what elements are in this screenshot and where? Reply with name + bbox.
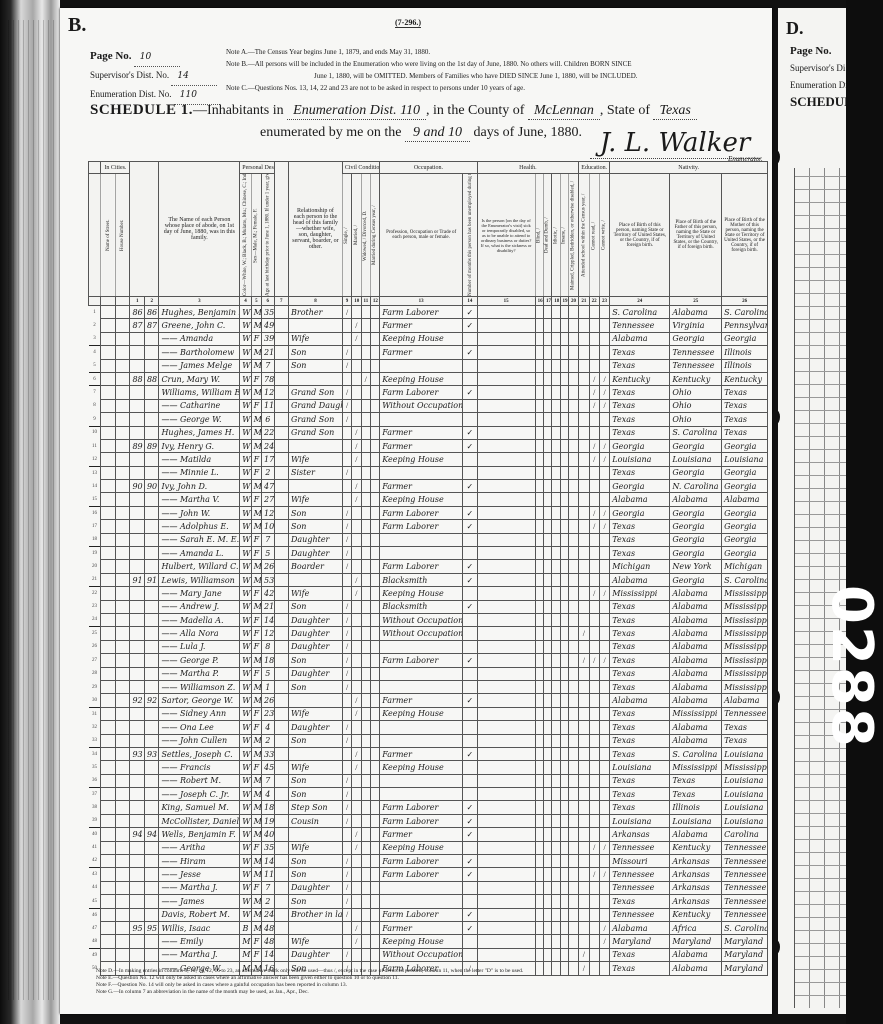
cell-empty	[370, 908, 379, 921]
census-page-right: D. Page No. Supervisor's Di Enumeration …	[778, 8, 848, 1014]
cell-empty	[543, 372, 551, 385]
cell-fb: Kentucky	[670, 908, 722, 921]
cell-empty	[535, 573, 543, 586]
cell-empty	[543, 319, 551, 332]
cell-name: —— Martha V.	[159, 493, 240, 506]
cell-sex: F	[251, 613, 261, 626]
cell-empty	[560, 332, 568, 345]
cell-empty	[115, 506, 130, 519]
cell-empty	[535, 426, 543, 439]
cell-empty	[560, 587, 568, 600]
cell-dw	[130, 841, 145, 854]
cell-color: W	[240, 399, 251, 412]
cell-empty	[477, 306, 535, 319]
cell-bp: Alabama	[610, 332, 670, 345]
cell-occ: Keeping House	[380, 453, 463, 466]
cell-sex: M	[251, 319, 261, 332]
cell-empty	[568, 480, 578, 493]
cell-school	[579, 426, 589, 439]
cell-name: —— Mary Jane	[159, 587, 240, 600]
cell-s: /	[342, 948, 351, 961]
cell-dw	[130, 801, 145, 814]
cell-empty	[560, 573, 568, 586]
cell-school	[579, 346, 589, 359]
cell-empty	[535, 855, 543, 868]
cell-mb: Louisiana	[722, 801, 768, 814]
cell-fam: 93	[144, 747, 159, 760]
cell-empty	[477, 547, 535, 560]
cell-read	[589, 948, 599, 961]
cell-sex: F	[251, 761, 261, 774]
cell-empty	[543, 306, 551, 319]
cell-empty	[477, 346, 535, 359]
cell-empty	[560, 506, 568, 519]
cell-empty	[552, 761, 560, 774]
cell-mb: Mississippi	[722, 600, 768, 613]
cell-w	[361, 694, 370, 707]
cell-empty	[274, 413, 289, 426]
cell-unemp: ✓	[463, 560, 478, 573]
table-row: 3—— AmandaWF39Wife/Keeping HouseAlabamaG…	[89, 332, 768, 345]
cell-color: B	[240, 921, 251, 934]
cell-rel: Daughter	[289, 948, 343, 961]
cell-dw	[130, 346, 145, 359]
cell-empty	[274, 667, 289, 680]
cell-m	[352, 868, 361, 881]
cell-occ: Keeping House	[380, 372, 463, 385]
cell-empty	[543, 520, 551, 533]
cell-empty	[477, 560, 535, 573]
cell-occ: Farmer	[380, 828, 463, 841]
cell-empty	[568, 547, 578, 560]
cell-w	[361, 855, 370, 868]
cell-empty	[115, 948, 130, 961]
cell-line: 26	[89, 640, 101, 653]
cell-bp: Arkansas	[610, 828, 670, 841]
cell-empty	[543, 774, 551, 787]
cell-read	[589, 560, 599, 573]
cell-mb: Georgia	[722, 533, 768, 546]
cell-empty	[552, 908, 560, 921]
cell-fam	[144, 908, 159, 921]
cell-empty	[543, 613, 551, 626]
cell-empty	[370, 413, 379, 426]
cell-m	[352, 466, 361, 479]
cell-empty	[568, 801, 578, 814]
column-number: 21	[579, 297, 589, 306]
cell-unemp	[463, 680, 478, 693]
cell-empty	[552, 948, 560, 961]
cell-rel	[289, 319, 343, 332]
cell-w	[361, 466, 370, 479]
cell-color: W	[240, 453, 251, 466]
cell-occ: Farmer	[380, 426, 463, 439]
cell-rel: Son	[289, 788, 343, 801]
cell-sex: M	[251, 573, 261, 586]
cell-empty	[274, 453, 289, 466]
cell-mb: Carolina	[722, 828, 768, 841]
cell-empty	[370, 547, 379, 560]
cell-empty	[274, 346, 289, 359]
cell-empty	[274, 841, 289, 854]
cell-s: /	[342, 547, 351, 560]
table-row: 25—— Alla NoraWF12Daughter/Without Occup…	[89, 627, 768, 640]
cell-empty	[370, 855, 379, 868]
cell-bp: Louisiana	[610, 453, 670, 466]
cell-empty	[101, 667, 116, 680]
cell-w	[361, 600, 370, 613]
cell-fb: Kentucky	[670, 372, 722, 385]
cell-school	[579, 386, 589, 399]
cell-empty	[274, 895, 289, 908]
cell-empty	[535, 841, 543, 854]
cell-empty	[552, 707, 560, 720]
cell-line: 47	[89, 921, 101, 934]
cell-color: W	[240, 721, 251, 734]
enumerated-line: enumerated by me on the 9 and 10 days of…	[260, 125, 582, 142]
column-number: 16	[535, 297, 543, 306]
cell-mb: Georgia	[722, 466, 768, 479]
cell-school	[579, 547, 589, 560]
cell-dw	[130, 855, 145, 868]
column-number: 13	[380, 297, 463, 306]
cell-bp: Texas	[610, 346, 670, 359]
cell-empty	[535, 547, 543, 560]
cell-empty	[115, 707, 130, 720]
cell-s: /	[342, 386, 351, 399]
cell-name: —— Ona Lee	[159, 721, 240, 734]
cell-empty	[560, 413, 568, 426]
cell-empty	[543, 667, 551, 680]
cell-s: /	[342, 399, 351, 412]
cell-write	[599, 734, 609, 747]
cell-mb: Louisiana	[722, 453, 768, 466]
cell-line: 42	[89, 855, 101, 868]
cell-dw	[130, 774, 145, 787]
cell-sex: M	[251, 814, 261, 827]
cell-fb: Alabama	[670, 680, 722, 693]
cell-s	[342, 439, 351, 452]
county-value: McLennan	[528, 103, 600, 120]
cell-empty	[535, 453, 543, 466]
cell-s	[342, 921, 351, 934]
page-meta: Page No. 10 Supervisor's Dist. No. 14 En…	[90, 48, 220, 105]
cell-mb: Mississippi	[722, 761, 768, 774]
table-row: 37—— Joseph C. Jr.WM4Son/TexasTexasLouis…	[89, 788, 768, 801]
census-rows: 18686Hughes, Benjamin F.WM35Brother/Farm…	[89, 306, 768, 976]
cell-rel: Daughter	[289, 640, 343, 653]
cell-empty	[477, 533, 535, 546]
cell-empty	[477, 935, 535, 948]
cell-bp: Texas	[610, 399, 670, 412]
cell-fam	[144, 855, 159, 868]
cell-empty	[560, 520, 568, 533]
cell-age: 22	[262, 426, 274, 439]
cell-m: /	[352, 694, 361, 707]
column-number: 11	[361, 297, 370, 306]
cell-occ	[380, 788, 463, 801]
cell-m	[352, 520, 361, 533]
cell-s: /	[342, 346, 351, 359]
cell-sex: F	[251, 667, 261, 680]
cell-empty	[543, 734, 551, 747]
cell-empty	[552, 694, 560, 707]
cell-bp: Texas	[610, 707, 670, 720]
cell-empty	[370, 828, 379, 841]
cell-write	[599, 908, 609, 921]
cell-rel: Wife	[289, 761, 343, 774]
cell-empty	[101, 493, 116, 506]
cell-age: 14	[262, 855, 274, 868]
cell-mb: Louisiana	[722, 747, 768, 760]
cell-unemp	[463, 547, 478, 560]
page-no-value: 10	[134, 49, 180, 67]
note-e: Note E.—Question No. 12 will only be ask…	[96, 975, 756, 982]
cell-empty	[115, 921, 130, 934]
cell-occ: Farm Laborer	[380, 386, 463, 399]
cell-sex: M	[251, 346, 261, 359]
cell-fam	[144, 881, 159, 894]
cell-empty	[274, 908, 289, 921]
cell-empty	[552, 359, 560, 372]
cell-empty	[274, 801, 289, 814]
cell-occ: Farm Laborer	[380, 506, 463, 519]
cell-m	[352, 533, 361, 546]
cell-occ	[380, 359, 463, 372]
cell-empty	[535, 828, 543, 841]
cell-empty	[568, 814, 578, 827]
cell-fam	[144, 654, 159, 667]
cell-empty	[535, 600, 543, 613]
cell-empty	[101, 908, 116, 921]
cell-school	[579, 774, 589, 787]
group-header-row: In Cities. The Name of each Person whose…	[89, 162, 768, 174]
cell-empty	[552, 921, 560, 934]
cell-dw: 89	[130, 439, 145, 452]
cell-rel: Daughter	[289, 547, 343, 560]
cell-write: /	[599, 587, 609, 600]
cell-empty	[115, 855, 130, 868]
cell-mb: Michigan	[722, 560, 768, 573]
cell-empty	[101, 895, 116, 908]
cell-name: Ivy, Henry G.	[159, 439, 240, 452]
cell-read	[589, 600, 599, 613]
cell-read	[589, 774, 599, 787]
cell-read	[589, 828, 599, 841]
cell-color: W	[240, 466, 251, 479]
cell-empty	[101, 466, 116, 479]
cell-color: W	[240, 841, 251, 854]
note-f: Note F.—Question No. 14 will only be ask…	[96, 982, 756, 989]
cell-empty	[477, 359, 535, 372]
cell-empty	[568, 640, 578, 653]
cell-mb: Texas	[722, 399, 768, 412]
cell-empty	[370, 600, 379, 613]
cell-w	[361, 413, 370, 426]
cell-unemp	[463, 413, 478, 426]
cell-mb: Maryland	[722, 948, 768, 961]
cell-mb: Alabama	[722, 694, 768, 707]
cell-school	[579, 413, 589, 426]
cell-sex: M	[251, 600, 261, 613]
cell-line: 6	[89, 372, 101, 385]
cell-empty	[560, 493, 568, 506]
cell-empty	[274, 734, 289, 747]
cell-s: /	[342, 627, 351, 640]
cell-empty	[568, 680, 578, 693]
cell-empty	[568, 935, 578, 948]
cell-unemp	[463, 881, 478, 894]
cell-bp: Texas	[610, 613, 670, 626]
cell-line: 2	[89, 319, 101, 332]
cell-name: Crun, Mary W.	[159, 372, 240, 385]
cell-read	[589, 921, 599, 934]
cell-dw	[130, 587, 145, 600]
cell-empty	[560, 761, 568, 774]
binding-hole	[772, 690, 780, 704]
cell-sex: M	[251, 694, 261, 707]
cell-bp: Kentucky	[610, 372, 670, 385]
cell-age: 33	[262, 747, 274, 760]
cell-write	[599, 547, 609, 560]
married-year-header: Married during Census year, /	[370, 174, 379, 297]
cell-age: 39	[262, 332, 274, 345]
cell-bp: Alabama	[610, 493, 670, 506]
cell-write	[599, 627, 609, 640]
cell-read	[589, 761, 599, 774]
cell-empty	[274, 828, 289, 841]
cell-fam	[144, 935, 159, 948]
cell-s	[342, 426, 351, 439]
cell-w	[361, 881, 370, 894]
cell-empty	[535, 332, 543, 345]
cell-sex: F	[251, 721, 261, 734]
cell-fam	[144, 453, 159, 466]
cell-m	[352, 734, 361, 747]
cell-empty	[101, 801, 116, 814]
cell-unemp: ✓	[463, 921, 478, 934]
cell-read	[589, 707, 599, 720]
cell-empty	[568, 747, 578, 760]
cell-read	[589, 346, 599, 359]
cell-s: /	[342, 801, 351, 814]
cell-empty	[560, 306, 568, 319]
cell-fam: 89	[144, 439, 159, 452]
cell-empty	[568, 359, 578, 372]
cell-color: W	[240, 774, 251, 787]
cell-empty	[101, 814, 116, 827]
cell-empty	[477, 332, 535, 345]
cell-sex: M	[251, 359, 261, 372]
cell-fb: Tennessee	[670, 346, 722, 359]
state-value: Texas	[653, 103, 696, 120]
state-label: , State of	[600, 103, 650, 118]
cell-empty	[477, 881, 535, 894]
cell-fb: Georgia	[670, 332, 722, 345]
cell-empty	[115, 346, 130, 359]
cell-empty	[552, 506, 560, 519]
cell-empty	[477, 506, 535, 519]
cell-empty	[370, 587, 379, 600]
cell-s	[342, 332, 351, 345]
cell-line: 30	[89, 694, 101, 707]
cell-empty	[370, 895, 379, 908]
cell-empty	[274, 627, 289, 640]
cell-read: /	[589, 399, 599, 412]
relationship-header: Relationship of each person to the head …	[289, 162, 343, 297]
cell-read	[589, 747, 599, 760]
cell-dw	[130, 814, 145, 827]
cell-unemp	[463, 466, 478, 479]
cell-sex: F	[251, 493, 261, 506]
cell-empty	[477, 319, 535, 332]
cell-empty	[477, 613, 535, 626]
cell-empty	[543, 453, 551, 466]
cell-bp: Texas	[610, 533, 670, 546]
cell-line: 29	[89, 680, 101, 693]
cell-empty	[370, 493, 379, 506]
cell-write	[599, 466, 609, 479]
column-number: 26	[722, 297, 768, 306]
cell-empty	[535, 908, 543, 921]
cell-write	[599, 600, 609, 613]
cell-color: W	[240, 506, 251, 519]
cell-rel: Wife	[289, 587, 343, 600]
cell-dw	[130, 788, 145, 801]
cell-write: /	[599, 439, 609, 452]
schedule-title-line: SCHEDULE 1.—Inhabitants in Enumeration D…	[90, 102, 697, 120]
cell-m	[352, 560, 361, 573]
cell-empty	[560, 855, 568, 868]
cell-empty	[370, 346, 379, 359]
cell-occ	[380, 533, 463, 546]
cell-empty	[543, 399, 551, 412]
cell-empty	[101, 761, 116, 774]
cell-empty	[370, 560, 379, 573]
table-row: 26—— Lula J.WF8Daughter/TexasAlabamaMiss…	[89, 640, 768, 653]
cell-empty	[552, 828, 560, 841]
cell-s: /	[342, 533, 351, 546]
cell-name: —— Francis	[159, 761, 240, 774]
cell-line: 41	[89, 841, 101, 854]
married-header: Married, /	[352, 174, 361, 297]
cell-w	[361, 828, 370, 841]
cell-fb: Alabama	[670, 654, 722, 667]
cell-school	[579, 520, 589, 533]
cell-empty	[535, 868, 543, 881]
cell-m	[352, 895, 361, 908]
cell-age: 18	[262, 801, 274, 814]
cell-empty	[535, 935, 543, 948]
cell-fb: Alabama	[670, 667, 722, 680]
cell-m: /	[352, 319, 361, 332]
cell-line: 38	[89, 801, 101, 814]
cell-unemp	[463, 533, 478, 546]
cell-school	[579, 841, 589, 854]
cell-unemp	[463, 948, 478, 961]
cell-write	[599, 346, 609, 359]
cell-empty	[115, 761, 130, 774]
cell-empty	[552, 801, 560, 814]
table-row: 22—— Mary JaneWF42Wife/Keeping House//Mi…	[89, 587, 768, 600]
cell-fam	[144, 868, 159, 881]
cell-read: /	[589, 587, 599, 600]
cell-empty	[552, 667, 560, 680]
cell-empty	[552, 600, 560, 613]
cell-empty	[274, 520, 289, 533]
cell-age: 23	[262, 707, 274, 720]
cell-write: /	[599, 868, 609, 881]
